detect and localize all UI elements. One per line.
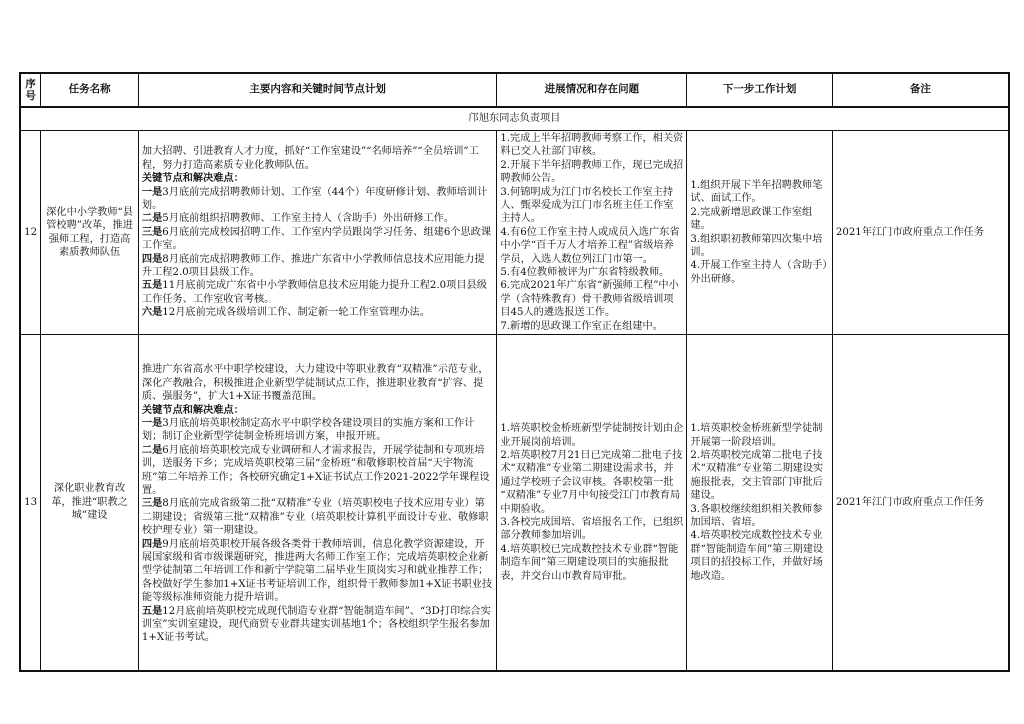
header-task-name: 任务名称 (41, 73, 139, 107)
key-point: 五是11月底前完成广东省中小学教师信息技术应用能力提升工程2.0项目县级工作任务… (142, 279, 493, 306)
progress-item: 4.培英职校已完成数控技术专业群“智能制造车间”第三期建设项目的实施报批表，并交… (500, 543, 683, 583)
row-number: 12 (20, 131, 41, 335)
progress-item: 4.有6位工作室主持人或成员入选广东省中小学“百千万人才培养工程”省级培养学员，… (500, 226, 683, 266)
key-point: 四是9月底前培英职校开展各级各类骨干教师培训，信息化教学资源建设，开展国家级和省… (142, 538, 493, 605)
key-point: 三是6月底前完成校园招聘工作、工作室内学员跟岗学习任务、组建6个思政课工作室。 (142, 226, 493, 253)
next-plan-item: 3.组织职初教师第四次集中培训。 (690, 233, 828, 260)
header-note: 备注 (832, 73, 1009, 107)
key-points-label: 关键节点和解决难点： (142, 172, 493, 185)
main-intro: 推进广东省高水平中职学校建设，大力建设中等职业教育“双精准”示范专业，深化产教融… (142, 363, 493, 403)
next-plan-item: 4.开展工作室主持人（含助手）外出研修。 (690, 259, 828, 286)
next-plan-item: 4.培英职校完成数控技术专业群“智能制造车间”第三期建设项目的招投标工作，并做好… (690, 529, 828, 583)
main-intro: 加大招聘、引进教育人才力度，抓好“工作室建设”“名师培养”“全员培训”工程，努力… (142, 145, 493, 172)
note-cell: 2021年江门市政府重点工作任务 (832, 335, 1009, 672)
table-row: 12 深化中小学教师“县管校聘”改革，推进强师工程，打造高素质教师队伍 加大招聘… (20, 131, 1009, 335)
progress-item: 1.完成上半年招聘教师考察工作，相关资料已交人社部门审核。 (500, 132, 683, 159)
key-points-label: 关键节点和解决难点： (142, 404, 493, 417)
key-point: 二是6月底前培英职校完成专业调研和人才需求报告，开展学徒制和专项班培训，送服务下… (142, 444, 493, 498)
next-plan-item: 2.培英职校完成第二批电子技术“双精准”专业第二期建设实施报批表，交主管部门审批… (690, 449, 828, 503)
task-name: 深化职业教育改革，推进“职教之城”建设 (41, 335, 139, 672)
section-title: 邝旭东同志负责项目 (20, 107, 1009, 131)
progress-item: 6.完成2021年广东省“新强师工程”中小学（含特殊教育）骨干教师省级培训项目4… (500, 279, 683, 319)
progress-cell: 1.完成上半年招聘教师考察工作，相关资料已交人社部门审核。 2.开展下半年招聘教… (497, 131, 687, 335)
progress-item: 3.何锦明成为江门市名校长工作室主持人、甄翠爱成为江门市名班主任工作室主持人。 (500, 186, 683, 226)
row-number: 13 (20, 335, 41, 672)
progress-item: 1.培英职校金桥班新型学徒制按计划由企业开展岗前培训。 (500, 422, 683, 449)
next-plan-cell: 1.组织开展下半年招聘教师笔试、面试工作。 2.完成新增思政课工作室组建。 3.… (687, 131, 832, 335)
header-main-content: 主要内容和关键时间节点计划 (138, 73, 496, 107)
progress-item: 7.新增的思政课工作室正在组建中。 (500, 320, 683, 333)
table-row: 13 深化职业教育改革，推进“职教之城”建设 推进广东省高水平中职学校建设，大力… (20, 335, 1009, 672)
progress-item: 2.培英职校7月21日已完成第二批电子技术“双精准”专业第二期建设需求书，并通过… (500, 449, 683, 516)
header-progress: 进展情况和存在问题 (497, 73, 687, 107)
main-content-cell: 推进广东省高水平中职学校建设，大力建设中等职业教育“双精准”示范专业，深化产教融… (138, 335, 496, 672)
next-plan-item: 2.完成新增思政课工作室组建。 (690, 206, 828, 233)
key-point: 二是5月底前组织招聘教师、工作室主持人（含助手）外出研修工作。 (142, 212, 493, 225)
next-plan-cell: 1.培英职校金桥班新型学徒制开展第一阶段培训。 2.培英职校完成第二批电子技术“… (687, 335, 832, 672)
key-point: 一是3月底前完成招聘教师计划、工作室（44个）年度研修计划、教师培训计划。 (142, 186, 493, 213)
next-plan-item: 3.各职校继续组织相关教师参加国培、省培。 (690, 503, 828, 530)
key-point: 五是12月底前培英职校完成现代制造专业群“智能制造车间”、“3D打印综合实训室”… (142, 605, 493, 645)
main-content-cell: 加大招聘、引进教育人才力度，抓好“工作室建设”“名师培养”“全员培训”工程，努力… (138, 131, 496, 335)
progress-item: 3.各校完成国培、省培报名工作，已组织部分教师参加培训。 (500, 516, 683, 543)
progress-item: 2.开展下半年招聘教师工作，现已完成招聘教师公告。 (500, 159, 683, 186)
key-point: 一是3月底前培英职校制定高水平中职学校各建设项目的实施方案和工作计划；制订企业新… (142, 417, 493, 444)
key-point: 四是8月底前完成招聘教师工作、推进广东省中小学教师信息技术应用能力提升工程2.0… (142, 253, 493, 280)
header-no: 序号 (20, 73, 41, 107)
header-row: 序号 任务名称 主要内容和关键时间节点计划 进展情况和存在问题 下一步工作计划 … (20, 73, 1009, 107)
progress-cell: 1.培英职校金桥班新型学徒制按计划由企业开展岗前培训。 2.培英职校7月21日已… (497, 335, 687, 672)
next-plan-item: 1.培英职校金桥班新型学徒制开展第一阶段培训。 (690, 422, 828, 449)
key-point: 六是12月底前完成各级培训工作、制定新一轮工作室管理办法。 (142, 306, 493, 319)
progress-item: 5.有4位教师被评为广东省特级教师。 (500, 266, 683, 279)
next-plan-item: 1.组织开展下半年招聘教师笔试、面试工作。 (690, 179, 828, 206)
key-point: 三是8月底前完成省级第二批“双精准”专业（培英职校电子技术应用专业）第二期建设；… (142, 497, 493, 537)
section-row: 邝旭东同志负责项目 (20, 107, 1009, 131)
note-cell: 2021年江门市政府重点工作任务 (832, 131, 1009, 335)
task-name: 深化中小学教师“县管校聘”改革，推进强师工程，打造高素质教师队伍 (41, 131, 139, 335)
header-next-plan: 下一步工作计划 (687, 73, 832, 107)
work-plan-table: 序号 任务名称 主要内容和关键时间节点计划 进展情况和存在问题 下一步工作计划 … (19, 72, 1010, 672)
